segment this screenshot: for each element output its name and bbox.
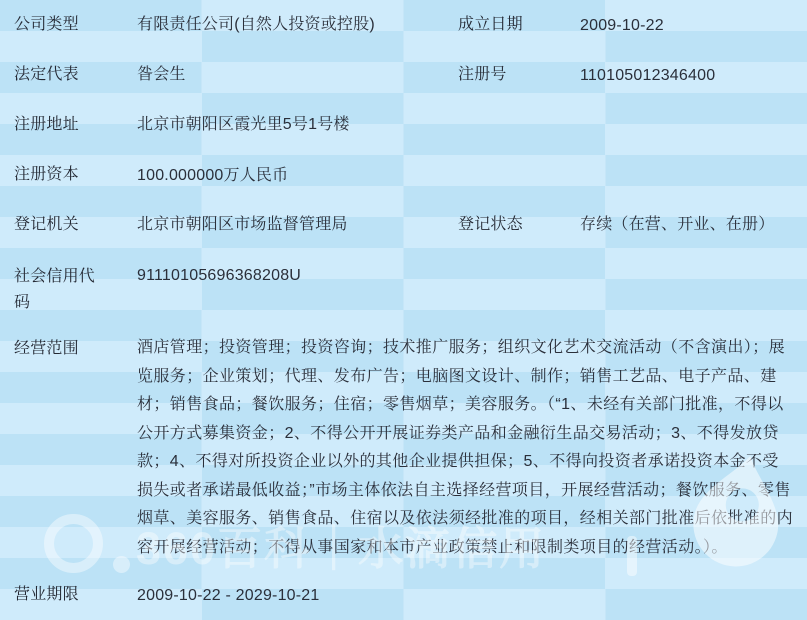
field-reg-address-label: 注册地址 (14, 115, 79, 134)
field-company-type-label: 公司类型 (14, 15, 79, 34)
field-reg-number-label: 注册号 (458, 65, 507, 84)
field-business-term-value: 2009-10-22 - 2029-10-21 (137, 586, 320, 605)
field-business-term-label: 营业期限 (14, 585, 79, 604)
field-credit-code-value: 91110105696368208U (137, 266, 301, 285)
360-ring-logo-icon (44, 514, 103, 573)
360-logo-dot-icon (113, 556, 130, 573)
field-reg-number-value: 110105012346400 (580, 66, 715, 85)
field-legal-rep-value: 昝会生 (137, 65, 186, 84)
field-founded-date-label: 成立日期 (458, 15, 523, 34)
company-info-table: 公司类型 有限责任公司(自然人投资或控股) 成立日期 2009-10-22 法定… (0, 0, 807, 620)
field-business-scope-label: 经营范围 (14, 339, 79, 358)
field-reg-capital-value: 100.000000万人民币 (137, 166, 288, 185)
field-legal-rep-label: 法定代表 (14, 65, 79, 84)
field-reg-authority-value: 北京市朝阳区市场监督管理局 (137, 215, 348, 234)
field-founded-date-value: 2009-10-22 (580, 16, 664, 35)
field-reg-status-label: 登记状态 (458, 215, 523, 234)
field-reg-status-value: 存续（在营、开业、在册） (580, 215, 774, 234)
field-reg-address-value: 北京市朝阳区霞光里5号1号楼 (137, 115, 350, 134)
field-reg-capital-label: 注册资本 (14, 165, 79, 184)
field-reg-authority-label: 登记机关 (14, 215, 79, 234)
field-credit-code-label: 社会信用代码 (14, 264, 100, 316)
field-business-scope-value: 酒店管理；投资管理；投资咨询；技术推广服务；组织文化艺术交流活动（不含演出）；展… (137, 334, 795, 562)
field-company-type-value: 有限责任公司(自然人投资或控股) (137, 15, 375, 34)
